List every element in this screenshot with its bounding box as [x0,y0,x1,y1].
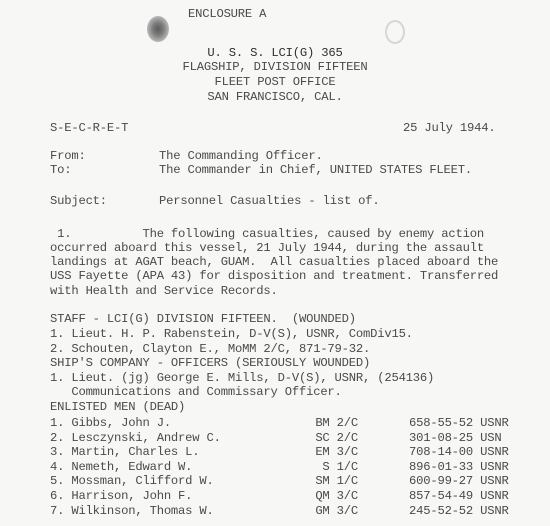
from-label: From: [50,149,86,163]
list-item: 1. Lieut. (jg) George E. Mills, D-V(S), … [50,371,434,385]
document-date: 25 July 1944. [403,121,495,135]
table-row-service-number: 896-01-33 USNR [409,460,509,474]
list-item: 2. Schouten, Clayton E., MoMM 2/C, 871-7… [50,342,370,356]
officers-heading: SHIP'S COMPANY - OFFICERS (SERIOUSLY WOU… [50,356,370,370]
table-row-rate: SC 2/C [300,431,358,445]
enlisted-heading: ENLISTED MEN (DEAD) [50,400,185,414]
table-row-name: 7. Wilkinson, Thomas W. [50,504,214,518]
table-row-rate: EM 3/C [300,445,358,459]
staff-heading: STAFF - LCI(G) DIVISION FIFTEEN. (WOUNDE… [50,312,356,326]
table-row-name: 3. Martin, Charles L. [50,445,199,459]
table-row-service-number: 301-08-25 USN [409,431,501,445]
table-row-name: 1. Gibbs, John J. [50,416,171,430]
to-label: To: [50,163,71,177]
table-row-service-number: 708-14-00 USNR [409,445,509,459]
table-row-service-number: 658-55-52 USNR [409,416,509,430]
table-row-service-number: 245-52-52 USNR [409,504,509,518]
punch-hole-icon [147,16,169,42]
from-value: The Commanding Officer. [159,149,323,163]
to-value: The Commander in Chief, UNITED STATES FL… [159,163,472,177]
classification: S-E-C-R-E-T [50,121,128,135]
subject-value: Personnel Casualties - list of. [159,194,380,208]
table-row-service-number: 857-54-49 USNR [409,489,509,503]
subject-label: Subject: [50,194,107,208]
table-row-name: 4. Nemeth, Edward W. [50,460,192,474]
flagship-line: FLAGSHIP, DIVISION FIFTEEN [0,60,550,74]
table-row-rate: SM 1/C [300,474,358,488]
ship-name: U. S. S. LCI(G) 365 [0,46,550,60]
table-row-rate: GM 3/C [300,504,358,518]
table-row-name: 2. Lesczynski, Andrew C. [50,431,221,445]
table-row-name: 6. Harrison, John F. [50,489,192,503]
list-item: Communications and Commissary Officer. [50,385,342,399]
table-row-service-number: 600-99-27 USNR [409,474,509,488]
enclosure-label: ENCLOSURE A [188,7,266,21]
punch-hole-outline-icon [385,20,405,44]
document-page: ENCLOSURE A U. S. S. LCI(G) 365 FLAGSHIP… [0,0,550,526]
table-row-rate: QM 3/C [300,489,358,503]
table-row-name: 5. Mossman, Clifford W. [50,474,214,488]
list-item: 1. Lieut. H. P. Rabenstein, D-V(S), USNR… [50,327,413,341]
city-line: SAN FRANCISCO, CAL. [0,90,550,104]
table-row-rate: BM 2/C [300,416,358,430]
table-row-rate: S 1/C [300,460,358,474]
fpo-line: FLEET POST OFFICE [0,75,550,89]
